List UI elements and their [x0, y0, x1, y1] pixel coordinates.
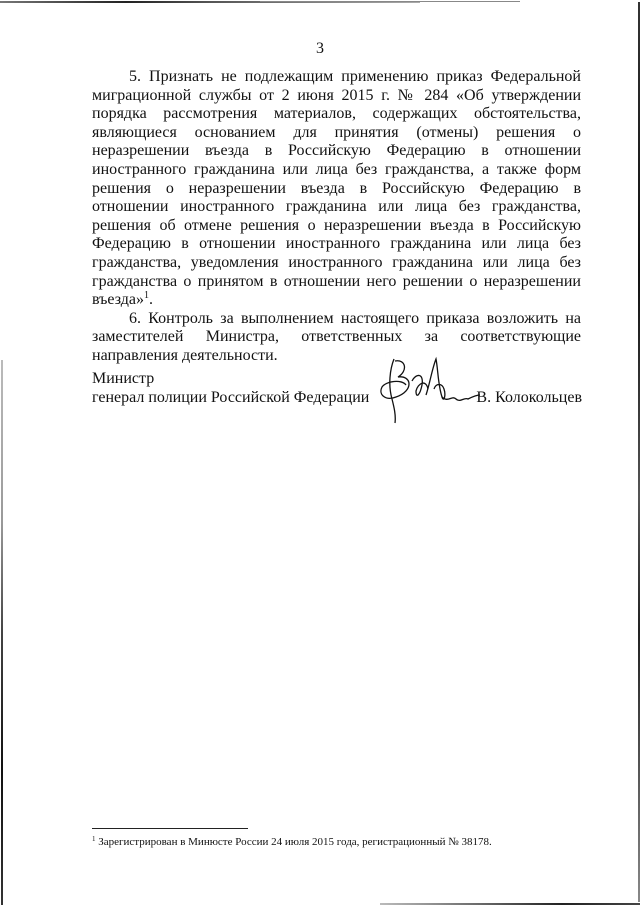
paragraph-5-text: 5. Признать не подлежащим применению при… [92, 68, 581, 308]
scan-edge-left [1, 360, 3, 905]
document-body: 5. Признать не подлежащим применению при… [92, 68, 581, 366]
signature-block: Министр генерал полиции Российской Федер… [92, 370, 582, 430]
paragraph-6: 6. Контроль за выполнением настоящего пр… [92, 310, 581, 366]
footnote-separator [92, 828, 248, 829]
signatory-title: Министр [92, 370, 154, 389]
footnote: 1 Зарегистрирован в Минюсте России 24 ию… [92, 836, 592, 849]
paragraph-5: 5. Признать не подлежащим применению при… [92, 68, 581, 310]
handwritten-signature-icon [372, 355, 482, 425]
signatory-rank: генерал полиции Российской Федерации [92, 389, 369, 408]
document-page: 3 5. Признать не подлежащим применению п… [0, 0, 640, 905]
paragraph-6-text: 6. Контроль за выполнением настоящего пр… [92, 310, 581, 364]
scan-edge-top-secondary [260, 1, 520, 2]
paragraph-5-trailing: . [149, 291, 153, 308]
footnote-text: Зарегистрирован в Минюсте России 24 июля… [96, 836, 492, 848]
signatory-name: В. Колокольцев [476, 389, 582, 408]
page-number: 3 [0, 40, 640, 58]
